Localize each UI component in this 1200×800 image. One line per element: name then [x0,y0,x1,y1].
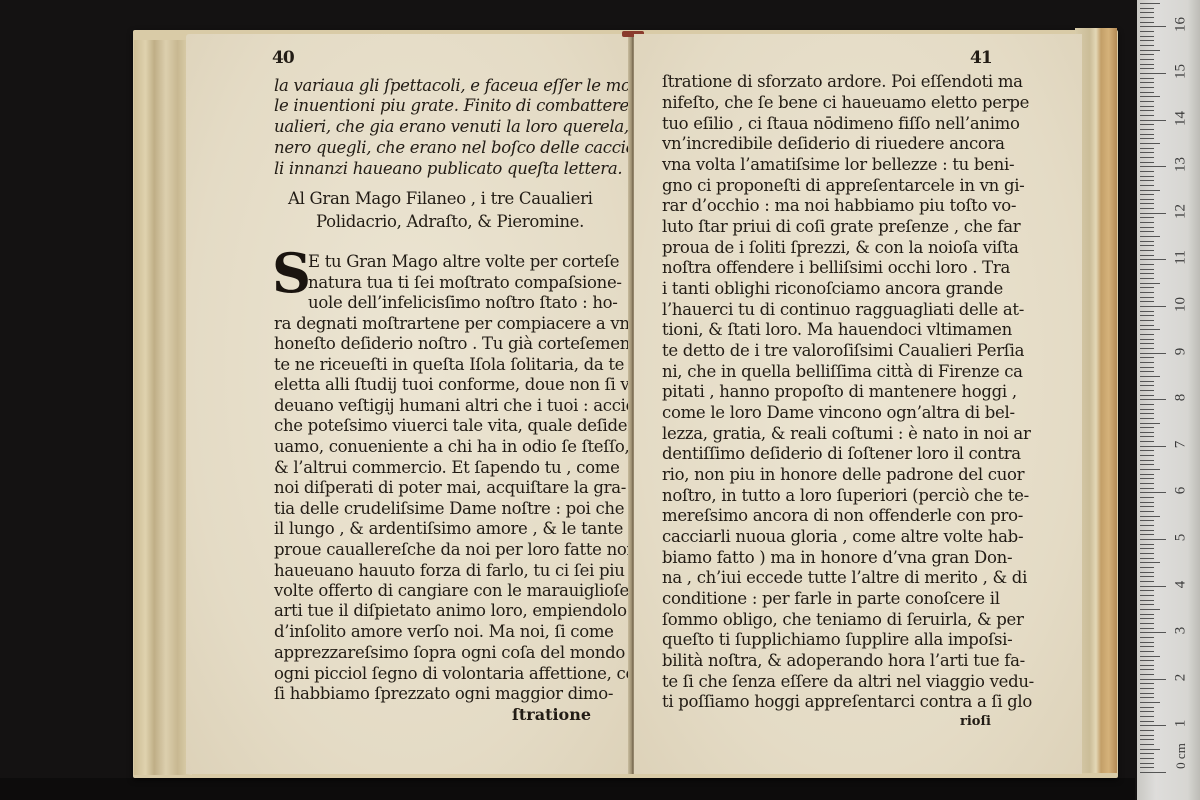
text-line: la variaua gli ſpettacoli, e faceua eſſe… [274,76,679,96]
ruler-tick [1140,586,1166,587]
ruler-tick [1140,642,1154,643]
ruler-tick [1140,520,1154,521]
ruler-tick [1140,409,1154,410]
ruler-tick [1140,460,1154,461]
ruler-tick [1140,287,1154,288]
ruler-tick [1140,26,1166,27]
ruler-tick [1140,618,1154,619]
ruler-tick [1140,483,1154,484]
ruler-tick [1140,488,1154,489]
ruler-tick [1140,40,1154,41]
text-line: tuo eſilio , ci ſtaua nōdimeno fiſſo nel… [662,114,1020,134]
text-line: natura tua ti ſei moſtrato compaſsione- [308,273,622,293]
page-number-right: 41 [970,48,992,68]
ruler-tick [1140,68,1154,69]
ruler-tick [1140,362,1154,363]
ruler-tick [1140,413,1154,414]
ruler-number: 2 [1173,662,1190,692]
ruler-tick [1140,115,1154,116]
ruler-tick [1140,367,1154,368]
ruler-tick [1140,185,1154,186]
ruler-tick [1140,241,1154,242]
ruler-tick [1140,665,1154,666]
ruler-tick [1140,502,1154,503]
ruler-tick [1140,623,1154,624]
ruler-tick [1140,22,1154,23]
ruler-tick [1140,255,1154,256]
ruler-tick [1140,311,1154,312]
ruler-tick [1140,683,1154,684]
ruler-tick [1140,245,1154,246]
ruler-tick [1140,772,1166,773]
ruler-tick [1140,101,1154,102]
ruler-number: 9 [1173,336,1190,366]
ruler-tick [1140,148,1154,149]
ruler-tick [1140,283,1160,284]
ruler-tick [1140,152,1154,153]
ruler-number: 13 [1173,150,1190,180]
text-line: noſtra offendere i belliſsimi occhi loro… [662,258,1010,278]
ruler-number: 4 [1173,569,1190,599]
ruler-tick [1140,749,1160,750]
ruler-tick [1140,213,1166,214]
text-line: uamo, conueniente a chi ha in odio ſe ſt… [274,437,629,457]
ruler-number: 0 cm [1173,731,1189,781]
ruler-tick [1140,12,1154,13]
ruler-tick [1140,567,1154,568]
ruler-tick [1140,87,1154,88]
text-line: pitati , hanno propoſto di mantenere hog… [662,382,1017,402]
ruler-tick [1140,516,1160,517]
text-line: E tu Gran Mago altre volte per corteſe [308,252,619,272]
ruler-tick [1140,381,1154,382]
text-line: na , ch’iui eccede tutte l’altre di meri… [662,568,1027,588]
ruler-tick [1140,474,1154,475]
text-line: ſommo obligo, che teniamo di ſeruirla, &… [662,610,1024,630]
ruler-tick [1140,353,1166,354]
ruler-tick [1140,464,1154,465]
ruler-tick [1140,427,1154,428]
ruler-tick [1140,54,1154,55]
text-line: dentiſſimo deſiderio di ſoſtener loro il… [662,444,1021,464]
ruler-tick [1140,767,1154,768]
ruler-tick [1140,572,1154,573]
ruler-tick [1140,138,1154,139]
ruler-tick [1140,562,1160,563]
text-line: ſtratione di sforzato ardore. Poi eſſend… [662,72,1023,92]
text-line: tioni, & ſtati loro. Ma hauendoci vltima… [662,320,1012,340]
ruler-tick [1140,399,1166,400]
ruler-tick [1140,436,1154,437]
ruler-tick [1140,418,1154,419]
ruler-number: 16 [1173,10,1190,40]
ruler-tick [1140,455,1154,456]
text-line: gno ci proponeſti di appreſentarcele in … [662,176,1024,196]
ruler-tick [1140,376,1160,377]
text-line: come le loro Dame vincono ogn’altra di b… [662,403,1015,423]
ruler-tick [1140,530,1154,531]
ruler-tick [1140,548,1154,549]
text-line: uole dell’infelicisſimo noſtro ſtato : h… [308,293,618,313]
ruler-tick [1140,250,1154,251]
ruler-tick [1140,511,1154,512]
ruler-tick [1140,278,1154,279]
ruler-tick [1140,697,1154,698]
ruler-tick [1140,194,1154,195]
ruler-tick [1140,590,1154,591]
ruler-tick [1140,334,1154,335]
ruler-tick [1140,609,1160,610]
ruler-tick [1140,162,1154,163]
ruler-number: 7 [1173,429,1190,459]
text-line: luto ſtar priui di coſi grate preſenze ,… [662,217,1020,237]
ruler-tick [1140,646,1154,647]
ruler-tick [1140,450,1154,451]
ruler-tick [1140,134,1154,135]
ruler-tick [1140,143,1160,144]
ruler-tick [1140,92,1154,93]
ruler-tick [1140,273,1154,274]
ruler-tick [1140,385,1154,386]
drop-cap: S [272,248,311,298]
ruler-tick [1140,707,1154,708]
page-number-left: 40 [272,48,294,68]
ruler-number: 5 [1173,523,1190,553]
ruler-tick [1140,166,1166,167]
ruler-tick [1140,343,1154,344]
ruler-tick [1140,758,1154,759]
ruler-tick [1140,721,1154,722]
ruler-tick [1140,395,1154,396]
ruler-tick [1140,423,1160,424]
ruler-tick [1140,8,1154,9]
ruler-tick [1140,203,1154,204]
ruler-number: 1 [1173,709,1190,739]
ruler-tick [1140,292,1154,293]
text-line: il lungo , & ardentiſsimo amore , & le t… [274,519,623,539]
ruler-tick [1140,656,1160,657]
text-line: lezza, gratia, & reali coſtumi : è nato … [662,424,1031,444]
ruler-tick [1140,492,1166,493]
ruler-tick [1140,614,1154,615]
ruler-tick [1140,357,1154,358]
ruler-tick [1140,199,1154,200]
text-line: vn’incredibile deſiderio di riuedere anc… [662,134,1005,154]
ruler-tick [1140,581,1154,582]
ruler-tick [1140,693,1154,694]
ruler-tick [1140,64,1154,65]
text-line: honeſto deſiderio noſtro . Tu già corteſ… [274,334,630,354]
ruler-tick [1140,600,1154,601]
ruler-number: 8 [1173,383,1190,413]
text-line: ni, che in quella belliſſima città di Fi… [662,362,1023,382]
text-line: proue cauallereſche da noi per loro fatt… [274,540,637,560]
ruler-tick [1140,45,1154,46]
text-line: l’hauerci tu di continuo ragguagliati de… [662,300,1024,320]
ruler-tick [1140,96,1160,97]
ruler-tick [1140,222,1154,223]
ruler-tick [1140,553,1154,554]
ruler-tick [1140,259,1166,260]
ruler-tick [1140,763,1154,764]
ruler-tick [1140,59,1154,60]
ruler-tick [1140,702,1160,703]
ruler-tick [1140,744,1154,745]
ruler-tick [1140,171,1154,172]
ruler-tick [1140,157,1154,158]
text-line: i tanti oblighi riconoſciamo ancora gran… [662,279,1003,299]
ruler-tick [1140,227,1154,228]
text-line: li innanzi haueano publicato queſta lett… [274,159,622,179]
ruler-tick [1140,525,1154,526]
ruler-tick [1140,231,1154,232]
ruler-tick [1140,688,1154,689]
ruler-tick [1140,325,1154,326]
text-line: te ne riceueſti in queſta Iſola ſolitari… [274,355,624,375]
text-line: ſi habbiamo ſprezzato ogni maggior dimo- [274,684,613,704]
text-line: rio, non piu in honore delle padrone del… [662,465,1024,485]
ruler-tick [1140,82,1154,83]
ruler-tick [1140,604,1154,605]
ruler-tick [1140,669,1154,670]
ruler-number: 3 [1173,616,1190,646]
ruler-tick [1140,78,1154,79]
ruler-tick [1140,753,1154,754]
catchword: rioſi [960,714,991,729]
ruler-tick [1140,534,1154,535]
ruler-tick [1140,441,1154,442]
heading-line: Polidacrio, Adraſto, & Pieromine. [316,212,584,232]
text-line: vna volta l’amatiſsime lor bellezze : tu… [662,155,1014,175]
ruler-tick [1140,208,1154,209]
ruler-tick [1140,106,1154,107]
text-line: rar d’occhio : ma noi habbiamo piu toſto… [662,196,1016,216]
heading-line: Al Gran Mago Filaneo , i tre Caualieri [288,189,593,209]
text-line: che poteſsimo viuerci tale vita, quale d… [274,416,644,436]
text-line: volte offerto di cangiare con le marauig… [274,581,629,601]
text-line: proua de i ſoliti ſprezzi, & con la noio… [662,238,1018,258]
ruler-tick [1140,297,1154,298]
ruler-tick [1140,539,1166,540]
ruler-tick [1140,315,1154,316]
left-page: 40 la variaua gli ſpettacoli, e faceua e… [186,34,630,774]
text-line: tia delle crudeliſsime Dame noſtre : poi… [274,499,624,519]
text-line: eletta alli ſtudij tuoi conforme, doue n… [274,375,639,395]
ruler-tick [1140,320,1154,321]
ruler-tick [1140,190,1160,191]
text-line: te ſi che ſenza eſſere da altri nel viag… [662,672,1034,692]
ruler-tick [1140,735,1154,736]
text-line: arti tue il diſpietato animo loro, empie… [274,601,627,621]
ruler-tick [1140,404,1154,405]
ruler-tick [1140,329,1160,330]
ruler-tick [1140,17,1154,18]
ruler-tick [1140,595,1154,596]
ruler-tick [1140,339,1154,340]
text-line: ra degnati moſtrartene per compiacere a … [274,314,639,334]
ruler-tick [1140,371,1154,372]
text-line: nifeſto, che ſe bene ci haueuamo eletto … [662,93,1029,113]
ruler-tick [1140,478,1154,479]
ruler-tick [1140,711,1154,712]
ruler-number: 15 [1173,57,1190,87]
ruler-number: 14 [1173,103,1190,133]
text-line: biamo fatto ) ma in honore d’vna gran Do… [662,548,1012,568]
ruler-tick [1140,110,1154,111]
ruler-number: 10 [1173,290,1190,320]
ruler-tick [1140,120,1166,121]
ruler-tick [1140,50,1160,51]
text-line: noſtro, in tutto a loro ſuperiori (perci… [662,486,1029,506]
ruler-tick [1140,73,1166,74]
ruler-tick [1140,576,1154,577]
ruler-tick [1140,269,1154,270]
ruler-tick [1140,739,1154,740]
ruler-tick [1140,348,1154,349]
ruler-number: 11 [1173,243,1190,273]
text-line: noi diſperati di poter mai, acquiſtare l… [274,478,626,498]
text-line: bilità noſtra, & adoperando hora l’arti … [662,651,1025,671]
ruler-tick [1140,217,1154,218]
ruler-tick [1140,660,1154,661]
text-line: cacciarli nuoua gloria , come altre volt… [662,527,1023,547]
ruler-tick [1140,628,1154,629]
ruler-tick [1140,124,1154,125]
ruler-tick [1140,306,1166,307]
ruler-number: 12 [1173,196,1190,226]
ruler-tick [1140,446,1166,447]
text-line: mereſsimo ancora di non offenderle con p… [662,506,1023,526]
text-line: te detto de i tre valoroſiſsimi Caualier… [662,341,1024,361]
ruler-tick [1140,544,1154,545]
ruler-tick [1140,674,1154,675]
ruler-tick [1140,497,1154,498]
text-line: ogni picciol ſegno di volontaria affetti… [274,664,635,684]
text-line: deuano veſtigij humani altri che i tuoi … [274,396,635,416]
ruler-tick [1140,236,1160,237]
ruler-tick [1140,176,1154,177]
text-line: ualieri, che gia erano venuti la loro qu… [274,117,668,137]
ruler-tick [1140,390,1154,391]
ruler-tick [1140,651,1154,652]
ruler-tick [1140,558,1154,559]
ruler-number: 6 [1173,476,1190,506]
ruler-tick [1140,730,1154,731]
ruler-tick [1140,725,1166,726]
ruler-tick [1140,632,1166,633]
ruler-tick [1140,36,1154,37]
ruler-tick [1140,469,1160,470]
text-line: & l’altrui commercio. Et ſapendo tu , co… [274,458,620,478]
ruler-tick [1140,3,1160,4]
ruler-tick [1140,506,1154,507]
text-line: conditione : per farle in parte conoſcer… [662,589,1000,609]
ruler-tick [1140,180,1154,181]
page-edges-left [134,40,192,775]
ruler-tick [1140,264,1154,265]
right-page: 41 ſtratione di sforzato ardore. Poi eſſ… [634,34,1082,774]
text-line: d’inſolito amore verſo noi. Ma noi, ſi c… [274,622,614,642]
ruler-tick [1140,637,1154,638]
catchword: ſtratione [512,705,591,724]
text-line: le inuentioni piu grate. Finito di comba… [274,96,668,116]
text-line: queſto ti ſupplichiamo ſupplire alla imp… [662,630,1012,650]
ruler-tick [1140,129,1154,130]
dark-backdrop [0,778,1135,800]
ruler-tick [1140,301,1154,302]
ruler-tick [1140,432,1154,433]
text-line: apprezzareſsimo ſopra ogni coſa del mond… [274,643,625,663]
ruler-tick [1140,31,1154,32]
text-line: ti poſſiamo hoggi appreſentarci contra a… [662,692,1032,712]
text-line: haueuano hauuto forza di farlo, tu ci ſe… [274,561,625,581]
ruler-tick [1140,716,1154,717]
ruler-tick [1140,679,1166,680]
